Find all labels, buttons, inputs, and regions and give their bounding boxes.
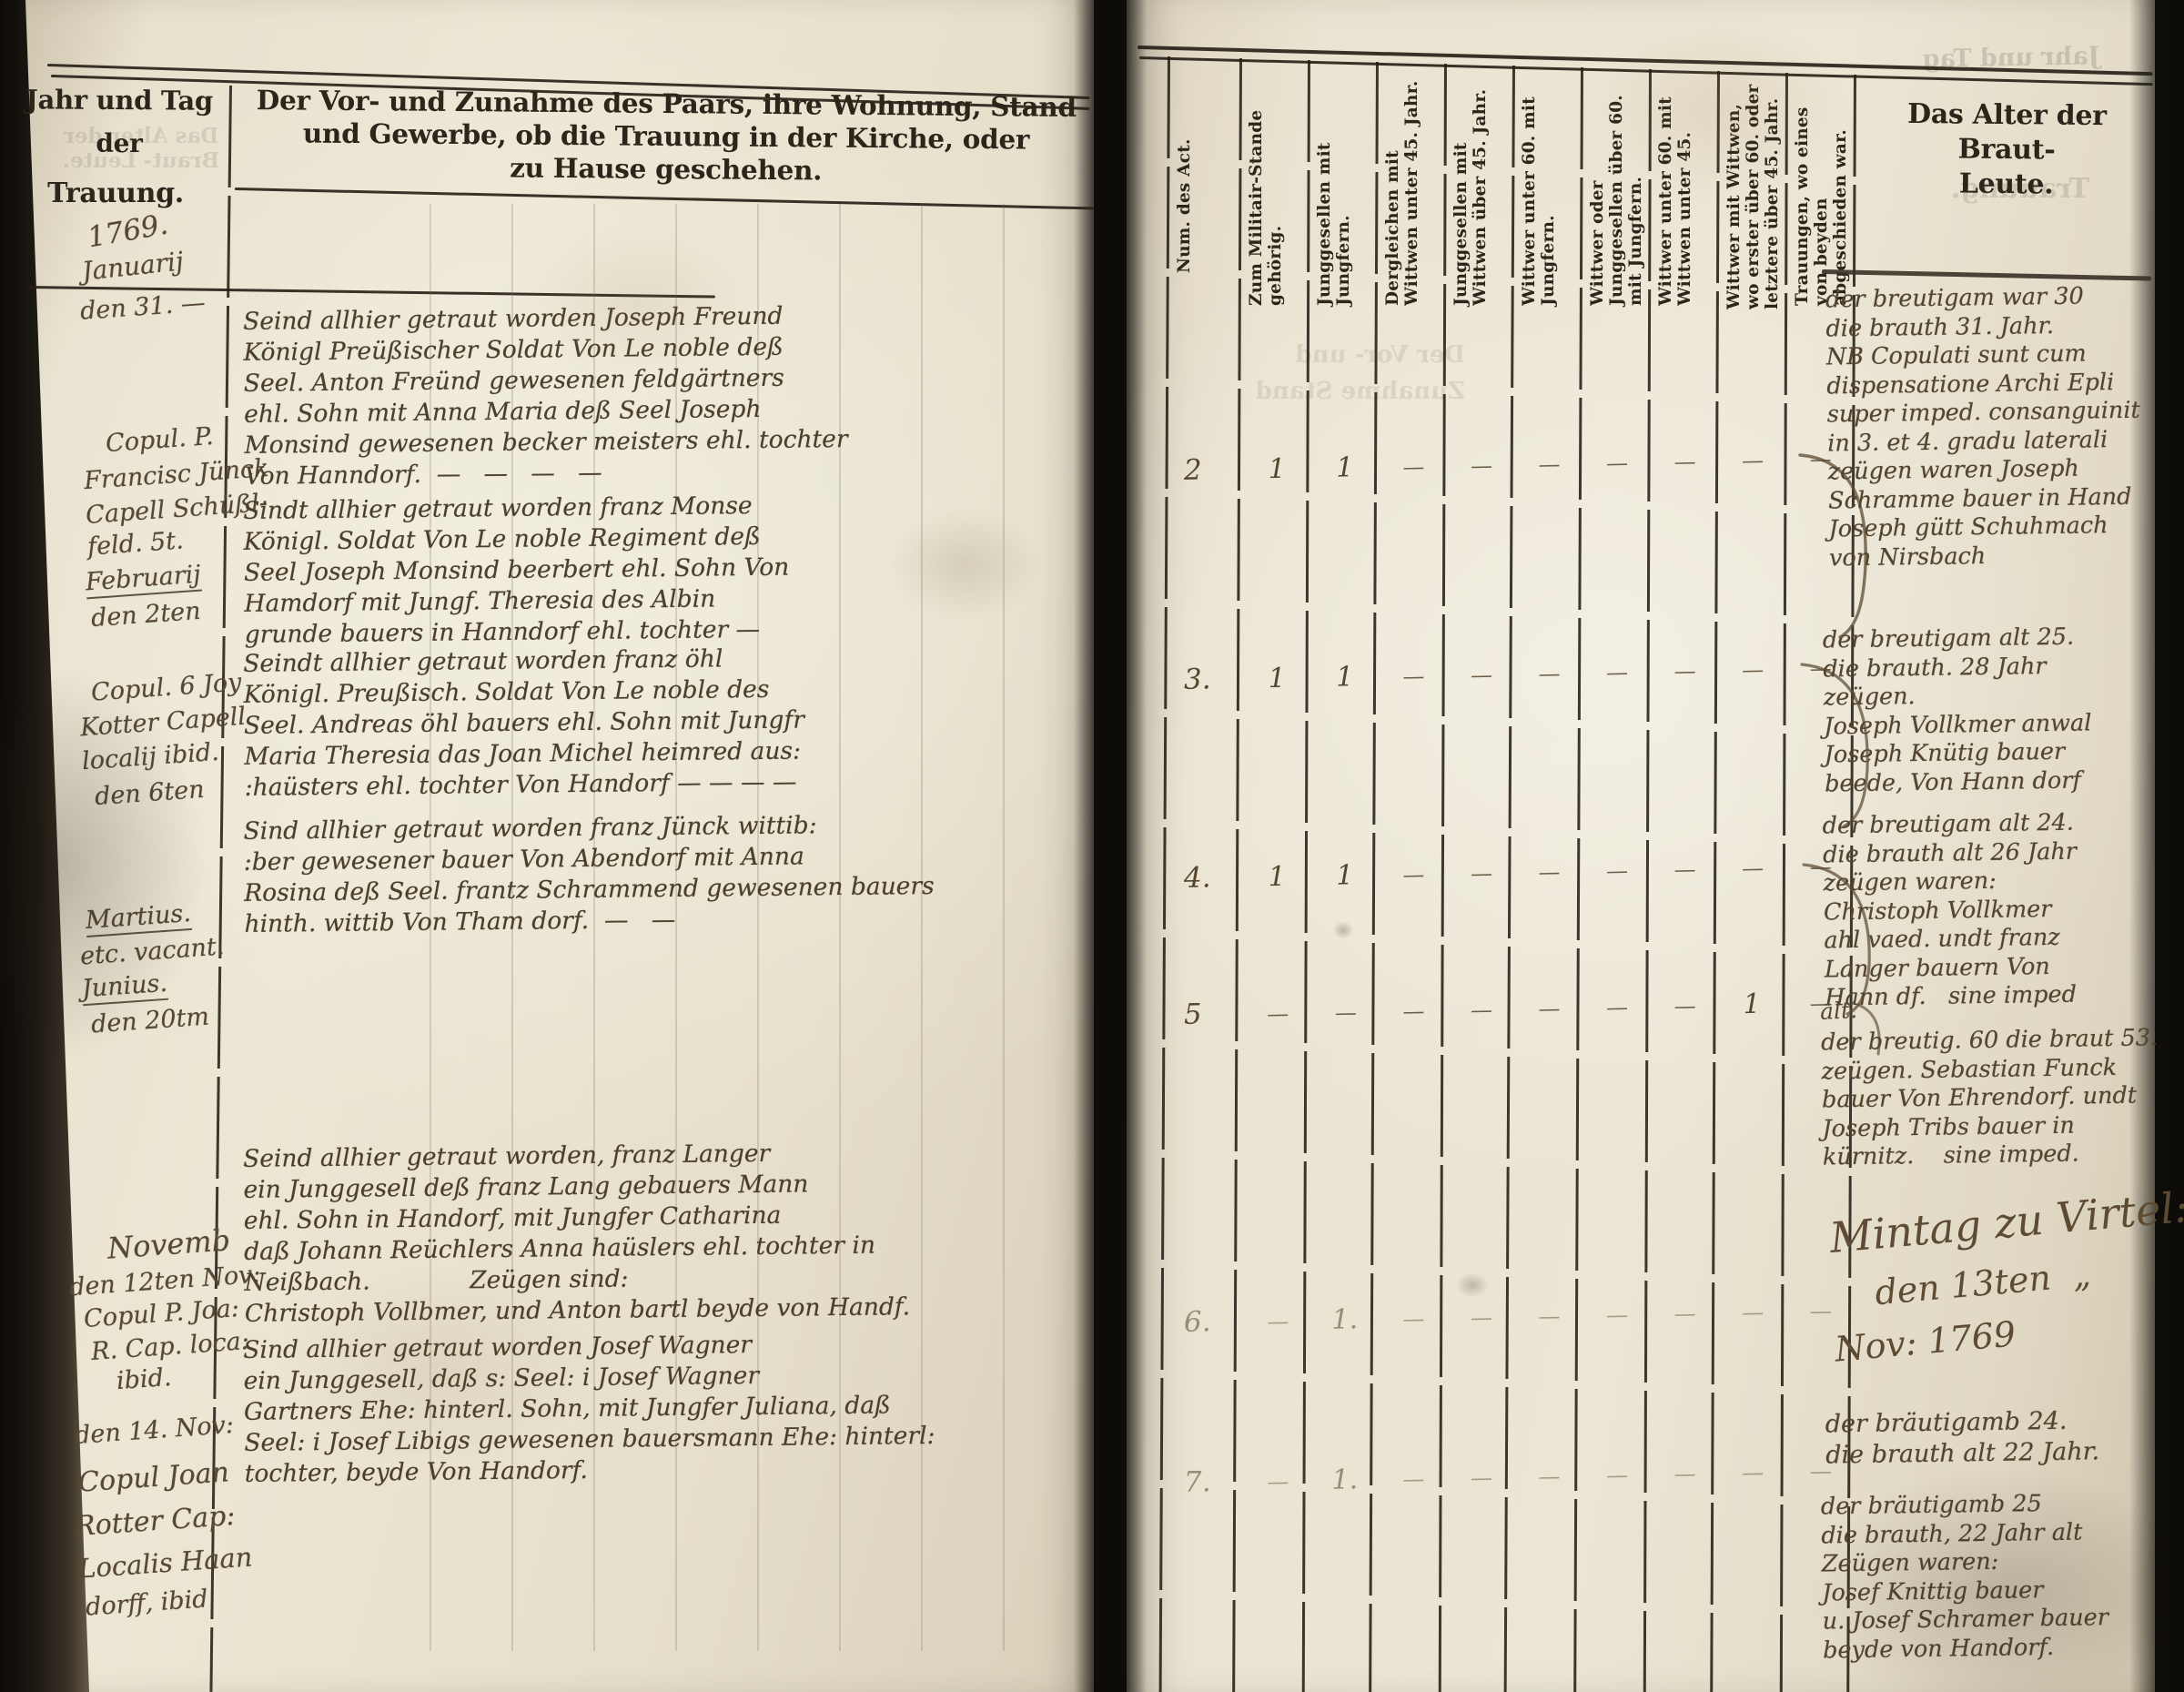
table-cell-mark: 1 — [1310, 862, 1379, 890]
handwriting-line: bauer Von Ehrendorf. undt — [1822, 1082, 2146, 1115]
table-cell-mark: — — [1650, 448, 1718, 476]
table-cell-mark: — — [1379, 997, 1447, 1025]
handwriting-line: die brauth, 22 Jahr alt — [1821, 1517, 2145, 1550]
age-entry: der breutigam war 30die brauth 31. Jahr.… — [1825, 282, 2153, 573]
table-cell-mark: — — [1446, 996, 1514, 1024]
table-cell-mark: — — [1650, 856, 1718, 884]
handwriting-line: die brauth 31. Jahr. — [1825, 310, 2149, 343]
table-cell-mark: 1 — [1310, 664, 1379, 692]
handwriting-line: ahl vaed. undt franz — [1824, 923, 2148, 956]
margin-note: Junius. — [81, 969, 168, 1006]
row-cells: ———————1— — [1243, 989, 1854, 1028]
table-cell-mark: — — [1650, 1300, 1718, 1328]
handwriting-line: der bräutigamb 24. — [1825, 1405, 2149, 1441]
marriage-entry: Seind allhier getraut worden Joseph Freu… — [243, 298, 1096, 492]
row-number: 5 — [1184, 998, 1202, 1031]
table-cell-mark: — — [1718, 854, 1786, 882]
column-header: Wittwer unter 60. mit Wittwen unter 45. — [1656, 76, 1716, 306]
register-scan: Das Alter der Braut- Leute. Jahr und Tag… — [0, 0, 2184, 1692]
handwriting-line: Joseph Tribs bauer in — [1822, 1110, 2146, 1143]
table-cell-mark: — — [1718, 655, 1786, 684]
table-cell-mark: — — [1379, 1304, 1447, 1332]
handwriting-line: dispensatione Archi Epli — [1826, 368, 2150, 400]
handwriting-line: von Nirsbach — [1829, 540, 2153, 572]
handwriting-line: zeügen. — [1824, 680, 2148, 713]
table-cell-mark: — — [1514, 1302, 1582, 1330]
table-cell-mark: — — [1718, 1298, 1786, 1326]
row-number: 6. — [1184, 1305, 1211, 1339]
handwriting-line: NB Copulati sunt cum — [1826, 339, 2150, 372]
table-cell-mark: 1 — [1718, 990, 1786, 1018]
column-header: Junggesellen mit Jungfern. — [1315, 76, 1375, 306]
age-entry: der bräutigamb 24.die brauth alt 22 Jahr… — [1825, 1405, 2150, 1472]
handwriting-line: der breutigam alt 25. — [1823, 623, 2147, 655]
age-entry: der breutigam alt 25.die brauth. 28 Jahr… — [1823, 623, 2149, 799]
margin-note: ibid. — [116, 1363, 172, 1395]
marriage-entry: Sind allhier getraut worden Josef Wagner… — [243, 1326, 1096, 1490]
table-cell-mark: — — [1446, 859, 1514, 887]
row-number: 2 — [1184, 454, 1202, 487]
age-header-line: Leute. — [1861, 166, 2150, 203]
handwriting-line: die brauth alt 22 Jahr. — [1825, 1436, 2149, 1472]
handwriting-line: Joseph Knütig bauer — [1824, 737, 2148, 770]
column-header: Wittwer mit Wittwen, wo erster über 60. … — [1724, 76, 1785, 309]
handwriting-line: der breutigam alt 24. — [1822, 808, 2146, 841]
column-header: Wittwer oder Junggesellen über 60. mit J… — [1588, 76, 1648, 306]
table-cell-mark: — — [1514, 994, 1582, 1022]
row-number: 4. — [1184, 861, 1211, 895]
date-column-header: Jahr und Tag — [16, 86, 222, 115]
table-cell-mark: — — [1582, 1301, 1650, 1329]
age-column-header: Das Alter der Braut- Leute. — [1861, 96, 2151, 203]
handwriting-line: kürnitz. sine imped. — [1823, 1140, 2147, 1172]
handwriting-line: Josef Knittig bauer — [1822, 1575, 2146, 1607]
date-column-header: der — [16, 131, 222, 157]
table-cell-mark: — — [1446, 1464, 1514, 1492]
row-number: 3. — [1184, 663, 1211, 696]
table-cell-mark: — — [1243, 999, 1311, 1028]
column-header: Wittwer unter 60. mit Jungfern. — [1520, 76, 1580, 306]
table-cell-mark: — — [1446, 661, 1514, 689]
row-cells: —1.——————— — [1243, 1297, 1854, 1336]
table-cell-mark: 1 — [1310, 454, 1379, 482]
table-cell-mark: — — [1514, 659, 1582, 687]
handwriting-line: die brauth alt 26 Jahr — [1823, 836, 2147, 869]
table-cell-mark: — — [1243, 1467, 1311, 1495]
table-cell-mark: — — [1514, 450, 1582, 478]
marriage-entry: Seindt allhier getraut worden franz öhlK… — [243, 640, 1096, 804]
age-header-line: Das Alter der Braut- — [1862, 96, 2152, 168]
row-cells: —1.——————— — [1243, 1457, 1854, 1496]
table-cell-mark: — — [1650, 992, 1718, 1020]
row-cells: 11——————— — [1243, 853, 1854, 892]
age-entry: der breutig. 60 die braut 53.zeügen. Seb… — [1821, 1025, 2147, 1172]
table-cell-mark: — — [1379, 1464, 1447, 1493]
main-column-header: Der Vor- und Zunahme des Paars, ihre Woh… — [238, 84, 1095, 189]
table-cell-mark: — — [1582, 993, 1650, 1021]
table-cell-mark: — — [1650, 657, 1718, 685]
table-cell-mark: 1. — [1310, 1466, 1379, 1494]
column-header: Dergleichen mit Wittwen unter 45. Jahr. — [1383, 76, 1443, 306]
table-cell-mark: — — [1243, 1307, 1311, 1335]
table-cell-mark: 1 — [1243, 863, 1311, 891]
handwriting-line: beede, Von Hann dorf — [1825, 765, 2149, 798]
table-cell-mark: — — [1310, 998, 1379, 1027]
handwriting-line: super imped. consanguinit — [1827, 397, 2151, 430]
table-cell-mark: — — [1379, 452, 1447, 481]
date-column-header: Trauung. — [13, 180, 218, 208]
row-cells: 11——————— — [1243, 445, 1854, 484]
handwriting-line: in 3. et 4. gradu laterali — [1827, 425, 2151, 458]
table-cell-mark: — — [1718, 446, 1786, 474]
table-cell-mark: — — [1582, 856, 1650, 885]
handwriting-line: Langer bauern Von — [1825, 951, 2149, 984]
table-cell-mark: — — [1785, 1297, 1854, 1325]
table-cell-mark: — — [1582, 1461, 1650, 1489]
column-header: Junggesellen mit Wittwen über 45. Jahr. — [1451, 76, 1512, 306]
table-cell-mark: 1 — [1243, 455, 1311, 483]
table-cell-mark: — — [1379, 662, 1447, 690]
handwriting-line: der breutig. 60 die braut 53. — [1821, 1025, 2145, 1058]
row-number: 7. — [1184, 1465, 1211, 1499]
column-header-num: Num. des Act. — [1175, 118, 1235, 273]
handwriting-line: Joseph gütt Schuhmach — [1828, 512, 2152, 544]
handwriting-line: Christoph Vollkmer — [1824, 894, 2148, 927]
marriage-entry: Sindt allhier getraut worden franz Monse… — [243, 487, 1096, 651]
marriage-entry: Seind allhier getraut worden, franz Lang… — [243, 1135, 1096, 1330]
table-cell-mark: 1 — [1243, 664, 1311, 693]
marriage-entry: Sind allhier getraut worden franz Jünck … — [243, 807, 1095, 940]
row-cells: 11——————— — [1243, 654, 1854, 694]
age-entry: der bräutigamb 25die brauth, 22 Jahr alt… — [1821, 1489, 2148, 1666]
handwriting-line: der bräutigamb 25 — [1821, 1489, 2145, 1522]
table-cell-mark: — — [1446, 451, 1514, 480]
column-header: Zum Militair-Stande gehörig. — [1247, 76, 1307, 306]
table-cell-mark: — — [1582, 449, 1650, 477]
table-cell-mark: — — [1650, 1460, 1718, 1488]
age-entry: der breutigam alt 24.die brauth alt 26 J… — [1822, 808, 2149, 1013]
handwriting-line: zeügen waren: — [1823, 866, 2147, 898]
table-cell-mark: — — [1514, 1462, 1582, 1490]
table-cell-mark: — — [1379, 860, 1447, 888]
handwriting-line: beyde von Handorf. — [1823, 1632, 2147, 1665]
table-cell-mark: — — [1446, 1303, 1514, 1332]
handwriting-line: Hann df. sine imped — [1825, 980, 2149, 1013]
handwriting-line: Schramme bauer in Hand — [1828, 482, 2152, 515]
handwriting-line: die brauth. 28 Jahr — [1823, 651, 2147, 684]
handwriting-line: zeügen. Sebastian Funck — [1821, 1053, 2145, 1086]
handwriting-line: u. Josef Schramer bauer — [1822, 1604, 2146, 1636]
table-cell-mark: — — [1514, 857, 1582, 886]
table-cell-mark: — — [1582, 658, 1650, 686]
table-cell-mark: — — [1718, 1458, 1786, 1486]
table-cell-mark: 1. — [1310, 1306, 1379, 1334]
handwriting-line: Joseph Vollkmer anwal — [1824, 708, 2148, 741]
handwriting-line: Zeügen waren: — [1822, 1546, 2146, 1579]
handwriting-line: der breutigam war 30 — [1825, 282, 2149, 315]
handwriting-line: zeügen waren Joseph — [1827, 454, 2151, 487]
